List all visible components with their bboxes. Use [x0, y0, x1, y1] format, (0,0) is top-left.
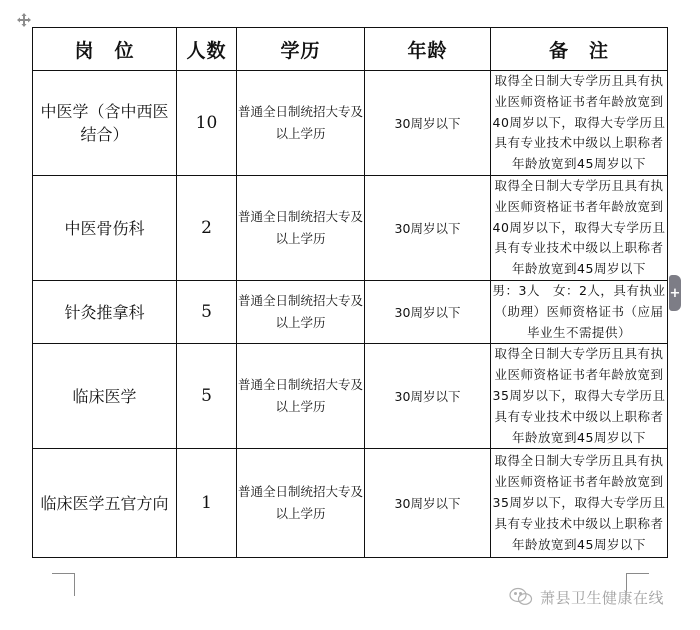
cell-position: 中医学（含中西医结合）: [33, 71, 177, 176]
cell-age: 30周岁以下: [365, 71, 491, 176]
header-count: 人数: [177, 28, 237, 71]
table-row: 针灸推拿科 5 普通全日制统招大专及以上学历 30周岁以下 男：3人 女：2人，…: [33, 281, 668, 344]
table-row: 临床医学五官方向 1 普通全日制统招大专及以上学历 30周岁以下 取得全日制大专…: [33, 449, 668, 558]
cell-note: 取得全日制大专学历且具有执业医师资格证书者年龄放宽到40周岁以下，取得大专学历且…: [491, 176, 668, 281]
cell-note: 取得全日制大专学历且具有执业医师资格证书者年龄放宽到40周岁以下，取得大专学历且…: [491, 71, 668, 176]
header-age: 年龄: [365, 28, 491, 71]
cell-count: 5: [177, 281, 237, 344]
cell-position: 临床医学: [33, 344, 177, 449]
cell-position: 中医骨伤科: [33, 176, 177, 281]
cell-count: 1: [177, 449, 237, 558]
table-row: 中医骨伤科 2 普通全日制统招大专及以上学历 30周岁以下 取得全日制大专学历且…: [33, 176, 668, 281]
header-position: 岗 位: [33, 28, 177, 71]
watermark-text: 萧县卫生健康在线: [540, 587, 664, 608]
cell-age: 30周岁以下: [365, 449, 491, 558]
cell-count: 10: [177, 71, 237, 176]
table-row: 临床医学 5 普通全日制统招大专及以上学历 30周岁以下 取得全日制大专学历且具…: [33, 344, 668, 449]
cell-count: 2: [177, 176, 237, 281]
table-header-row: 岗 位 人数 学历 年龄 备 注: [33, 28, 668, 71]
cell-education: 普通全日制统招大专及以上学历: [237, 449, 365, 558]
cell-age: 30周岁以下: [365, 344, 491, 449]
table-row: 中医学（含中西医结合） 10 普通全日制统招大专及以上学历 30周岁以下 取得全…: [33, 71, 668, 176]
add-row-button[interactable]: +: [669, 275, 681, 311]
cell-note: 取得全日制大专学历且具有执业医师资格证书者年龄放宽到35周岁以下，取得大专学历且…: [491, 449, 668, 558]
cell-age: 30周岁以下: [365, 281, 491, 344]
watermark: 萧县卫生健康在线: [508, 586, 664, 608]
header-education: 学历: [237, 28, 365, 71]
cell-education: 普通全日制统招大专及以上学历: [237, 71, 365, 176]
plus-icon: +: [670, 286, 681, 301]
cell-education: 普通全日制统招大专及以上学历: [237, 281, 365, 344]
cell-count: 5: [177, 344, 237, 449]
wechat-icon: [508, 586, 534, 608]
page-margin-corner-mark: [52, 573, 75, 596]
cell-education: 普通全日制统招大专及以上学历: [237, 176, 365, 281]
cell-note: 取得全日制大专学历且具有执业医师资格证书者年龄放宽到35周岁以下，取得大专学历且…: [491, 344, 668, 449]
cell-age: 30周岁以下: [365, 176, 491, 281]
cell-note: 男：3人 女：2人，具有执业（助理）医师资格证书（应届毕业生不需提供）: [491, 281, 668, 344]
table-move-handle-icon[interactable]: [17, 13, 31, 27]
header-note: 备 注: [491, 28, 668, 71]
recruitment-table: 岗 位 人数 学历 年龄 备 注 中医学（含中西医结合） 10 普通全日制统招大…: [32, 27, 668, 558]
cell-education: 普通全日制统招大专及以上学历: [237, 344, 365, 449]
cell-position: 针灸推拿科: [33, 281, 177, 344]
cell-position: 临床医学五官方向: [33, 449, 177, 558]
